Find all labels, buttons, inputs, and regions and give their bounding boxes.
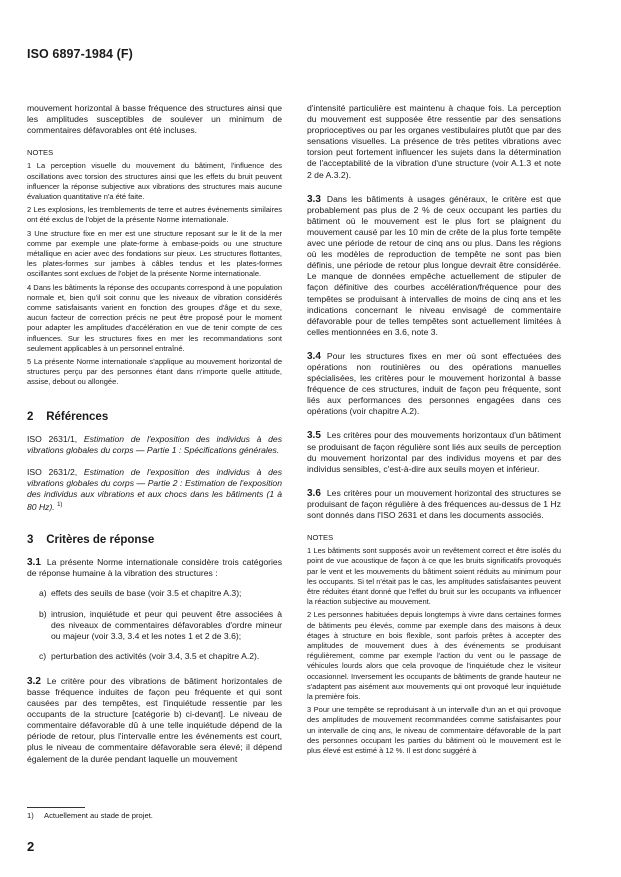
note-3: 3 Une structure fixe en mer est une stru… <box>27 229 282 280</box>
subsection-3-5: 3.5Les critères pour des mouvements hori… <box>307 430 561 474</box>
section-number: 3 <box>27 535 43 546</box>
section-3-heading: 3 Critères de réponse <box>27 535 282 546</box>
footnote: 1)Actuellement au stade de projet. <box>27 811 153 820</box>
reference-1: ISO 2631/1, Estimation de l'exposition d… <box>27 434 282 456</box>
footnote-marker[interactable]: 1) <box>57 502 62 508</box>
list-item-c: c)perturbation des activités (voir 3.4, … <box>39 651 282 662</box>
subsection-number: 3.4 <box>307 351 321 362</box>
subsection-3-6: 3.6Les critères pour un mouvement horizo… <box>307 488 561 521</box>
subsection-number: 3.3 <box>307 194 321 205</box>
item-label: a) <box>39 588 51 599</box>
subsection-text: Dans les bâtiments à usages généraux, le… <box>307 194 561 337</box>
item-label: c) <box>39 651 51 662</box>
subsection-text: Les critères pour des mouvements horizon… <box>307 430 561 473</box>
subsection-number: 3.5 <box>307 430 321 441</box>
footnote-divider <box>27 807 85 808</box>
list-item-b: b)intrusion, inquiétude et peur qui peuv… <box>39 609 282 642</box>
page-number: 2 <box>27 839 34 854</box>
item-text: perturbation des activités (voir 3.4, 3.… <box>51 651 259 661</box>
subsection-number: 3.1 <box>27 557 41 568</box>
subsection-number: 3.2 <box>27 676 41 687</box>
note-4: 4 Dans les bâtiments la réponse des occu… <box>27 283 282 354</box>
item-text: effets des seuils de base (voir 3.5 et c… <box>51 588 241 598</box>
section-title: Critères de réponse <box>46 534 154 546</box>
reference-code: ISO 2631/1, <box>27 434 77 444</box>
note-2: 2 Les personnes habituées depuis longtem… <box>307 610 561 702</box>
item-label: b) <box>39 609 51 620</box>
item-text: intrusion, inquiétude et peur qui peuven… <box>51 609 282 641</box>
footnote-marker: 1) <box>27 811 44 820</box>
continuation-paragraph: d'intensité particulière est maintenu à … <box>307 103 561 181</box>
note-1: 1 La perception visuelle du mouvement du… <box>27 161 282 202</box>
subsection-text: La présente Norme internationale considè… <box>27 557 282 578</box>
reference-2: ISO 2631/2, Estimation de l'exposition d… <box>27 467 282 513</box>
subsection-number: 3.6 <box>307 488 321 499</box>
subsection-text: Pour les structures fixes en mer où sont… <box>307 351 561 416</box>
note-5: 5 La présente Norme internationale s'app… <box>27 357 282 388</box>
notes-heading: NOTES <box>27 147 282 158</box>
subsection-3-3: 3.3Dans les bâtiments à usages généraux,… <box>307 194 561 338</box>
subsection-text: Les critères pour un mouvement horizonta… <box>307 488 561 520</box>
section-title: Références <box>46 411 108 423</box>
reference-code: ISO 2631/2, <box>27 467 77 477</box>
note-2: 2 Les explosions, les tremblements de te… <box>27 205 282 225</box>
note-1: 1 Les bâtiments sont supposés avoir un r… <box>307 546 561 607</box>
note-3: 3 Pour une tempête se reproduisant à un … <box>307 705 561 756</box>
subsection-3-2: 3.2Le critère pour des vibrations de bât… <box>27 676 282 765</box>
footnote-text: Actuellement au stade de projet. <box>44 811 153 820</box>
section-number: 2 <box>27 412 43 423</box>
left-column: mouvement horizontal à basse fréquence d… <box>27 103 282 765</box>
document-header: ISO 6897-1984 (F) <box>27 47 133 61</box>
section-2-heading: 2 Références <box>27 412 282 423</box>
list-item-a: a)effets des seuils de base (voir 3.5 et… <box>39 588 282 599</box>
subsection-text: Le critère pour des vibrations de bâtime… <box>27 676 282 764</box>
subsection-3-4: 3.4Pour les structures fixes en mer où s… <box>307 351 561 418</box>
subsection-3-1: 3.1La présente Norme internationale cons… <box>27 557 282 579</box>
notes-heading: NOTES <box>307 532 561 543</box>
right-column: d'intensité particulière est maintenu à … <box>307 103 561 756</box>
intro-paragraph: mouvement horizontal à basse fréquence d… <box>27 103 282 136</box>
